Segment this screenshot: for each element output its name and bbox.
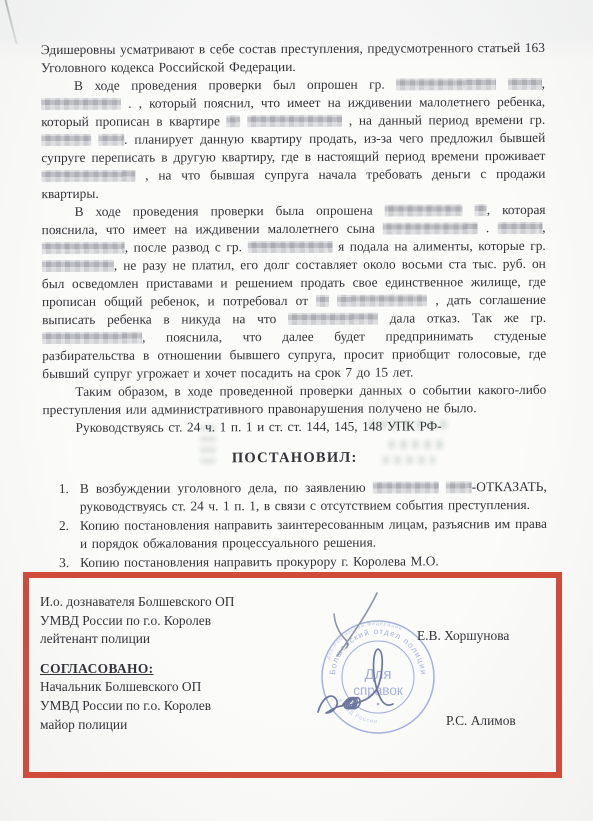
title-line: И.о. дознавателя Болшевского ОП xyxy=(40,593,234,612)
title-line: УМВД России по г.о. Королев xyxy=(40,697,234,716)
body-paragraph: В ходе проведения проверки была опрошена… xyxy=(42,201,547,383)
redaction-block xyxy=(227,115,241,127)
redaction-block xyxy=(497,222,542,234)
list-item-number: 2. xyxy=(59,517,80,553)
body-paragraph: Таким образом, в ходе проведенной провер… xyxy=(42,381,546,419)
title-line: Начальник Болшевского ОП xyxy=(40,678,234,697)
redaction-block xyxy=(396,78,496,90)
redaction-block xyxy=(42,332,142,344)
redaction-block xyxy=(383,222,478,234)
scan-artifact-line xyxy=(3,0,18,44)
title-line: УМВД России по г.о. Королев xyxy=(40,612,234,631)
list-item: 3. Копию постановления направить прокуро… xyxy=(59,552,547,572)
redaction-block xyxy=(41,134,91,146)
stamp-ring-text: Болшевский отдел полиции xyxy=(328,627,428,676)
redaction-block xyxy=(41,170,135,182)
signature-titles: И.о. дознавателя Болшевского ОПУМВД Росс… xyxy=(40,593,234,734)
agreed-label: СОГЛАСОВАНО: xyxy=(40,660,234,679)
officer-title: И.о. дознавателя Болшевского ОПУМВД Росс… xyxy=(40,593,234,649)
redaction-block xyxy=(385,204,463,216)
list-item-text: В возбуждении уголовного дела, по заявле… xyxy=(80,478,547,516)
redaction-block xyxy=(98,134,124,146)
signature-khorshunova xyxy=(334,593,377,656)
stamp-center-line1: Для xyxy=(364,666,391,683)
list-item: 1. В возбуждении уголовного дела, по зая… xyxy=(59,478,547,516)
body-paragraph: В ходе проведения проверки был опрошен г… xyxy=(41,75,546,203)
redaction-block xyxy=(337,294,427,306)
chief-name: Р.С. Алимов xyxy=(446,713,516,729)
chief-title: Начальник Болшевского ОПУМВД России по г… xyxy=(40,678,234,734)
stamp-center-dot xyxy=(377,703,380,706)
scanned-document-page: Эдишеровны усматривают в себе состав пре… xyxy=(0,0,593,821)
list-item-text: Копию постановления направить заинтересо… xyxy=(80,515,547,553)
title-line: майор полиции xyxy=(40,716,234,735)
title-line: лейтенант полиции xyxy=(40,630,234,649)
body-paragraph: Эдишеровны усматривают в себе состав пре… xyxy=(41,39,545,77)
redaction-block xyxy=(316,295,329,307)
list-item: 2. Копию постановления направить заинтер… xyxy=(59,515,547,553)
redaction-block xyxy=(446,481,472,493)
redaction-block xyxy=(247,241,332,253)
redaction-block xyxy=(41,98,121,110)
stamp-outer-top-text: дел Российской Федерации xyxy=(325,621,403,660)
signature-alimov xyxy=(318,649,393,713)
stamp-center-line2: справок xyxy=(353,683,403,698)
annotation-red-box: Болшевский отдел полиции дел Российской … xyxy=(23,572,562,778)
redaction-block xyxy=(475,204,487,216)
resolution-list: 1. В возбуждении уголовного дела, по зая… xyxy=(59,478,547,572)
redaction-block xyxy=(373,481,439,493)
stamp-inner-circle xyxy=(342,641,414,713)
redaction-block xyxy=(42,260,114,272)
document-body: Эдишеровны усматривают в себе состав пре… xyxy=(41,39,547,573)
redaction-block xyxy=(247,115,342,127)
resolution-heading: ПОСТАНОВИЛ: xyxy=(43,448,547,468)
redaction-block xyxy=(42,242,125,254)
redaction-block xyxy=(288,313,378,325)
body-paragraph: Руководствуясь ст. 24 ч. 1 п. 1 и ст. ст… xyxy=(42,417,546,437)
list-item-text: Копию постановления направить прокурору … xyxy=(80,552,547,572)
list-item-number: 1. xyxy=(59,480,80,516)
redaction-block xyxy=(508,78,542,90)
list-item-number: 3. xyxy=(59,554,80,572)
stamp-outer-bottom-text: в МВД России xyxy=(336,698,378,725)
officer-name: Е.В. Хоршунова xyxy=(417,628,509,644)
